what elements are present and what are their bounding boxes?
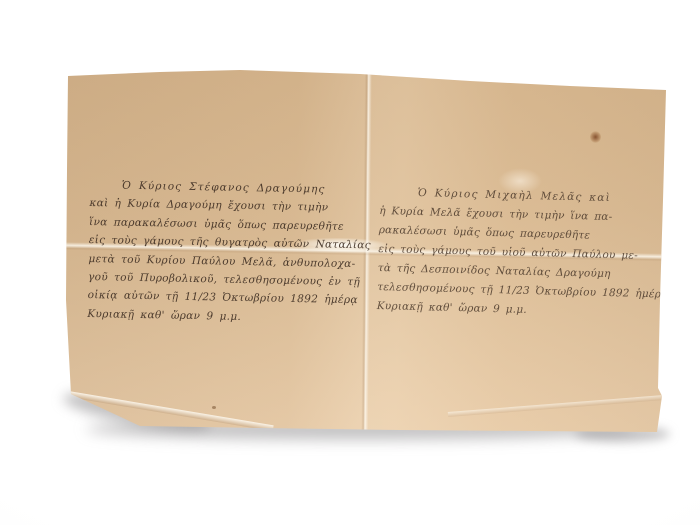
left-invitation-text: Ὁ Κύριος Στέφανος Δραγούμης καὶ ἡ Κυρία …	[87, 176, 354, 328]
right-invitation-text: Ὁ Κύριος Μιχαὴλ Μελᾶς καὶ ἡ Κυρία Μελᾶ ἔ…	[377, 183, 642, 323]
small-speck	[212, 406, 216, 409]
photo-of-invitation: Ὁ Κύριος Στέφανος Δραγούμης καὶ ἡ Κυρία …	[0, 0, 700, 525]
document-paper: Ὁ Κύριος Στέφανος Δραγούμης καὶ ἡ Κυρία …	[0, 0, 700, 525]
fox-spot-stain	[590, 131, 601, 143]
bottom-right-crease	[448, 395, 663, 417]
